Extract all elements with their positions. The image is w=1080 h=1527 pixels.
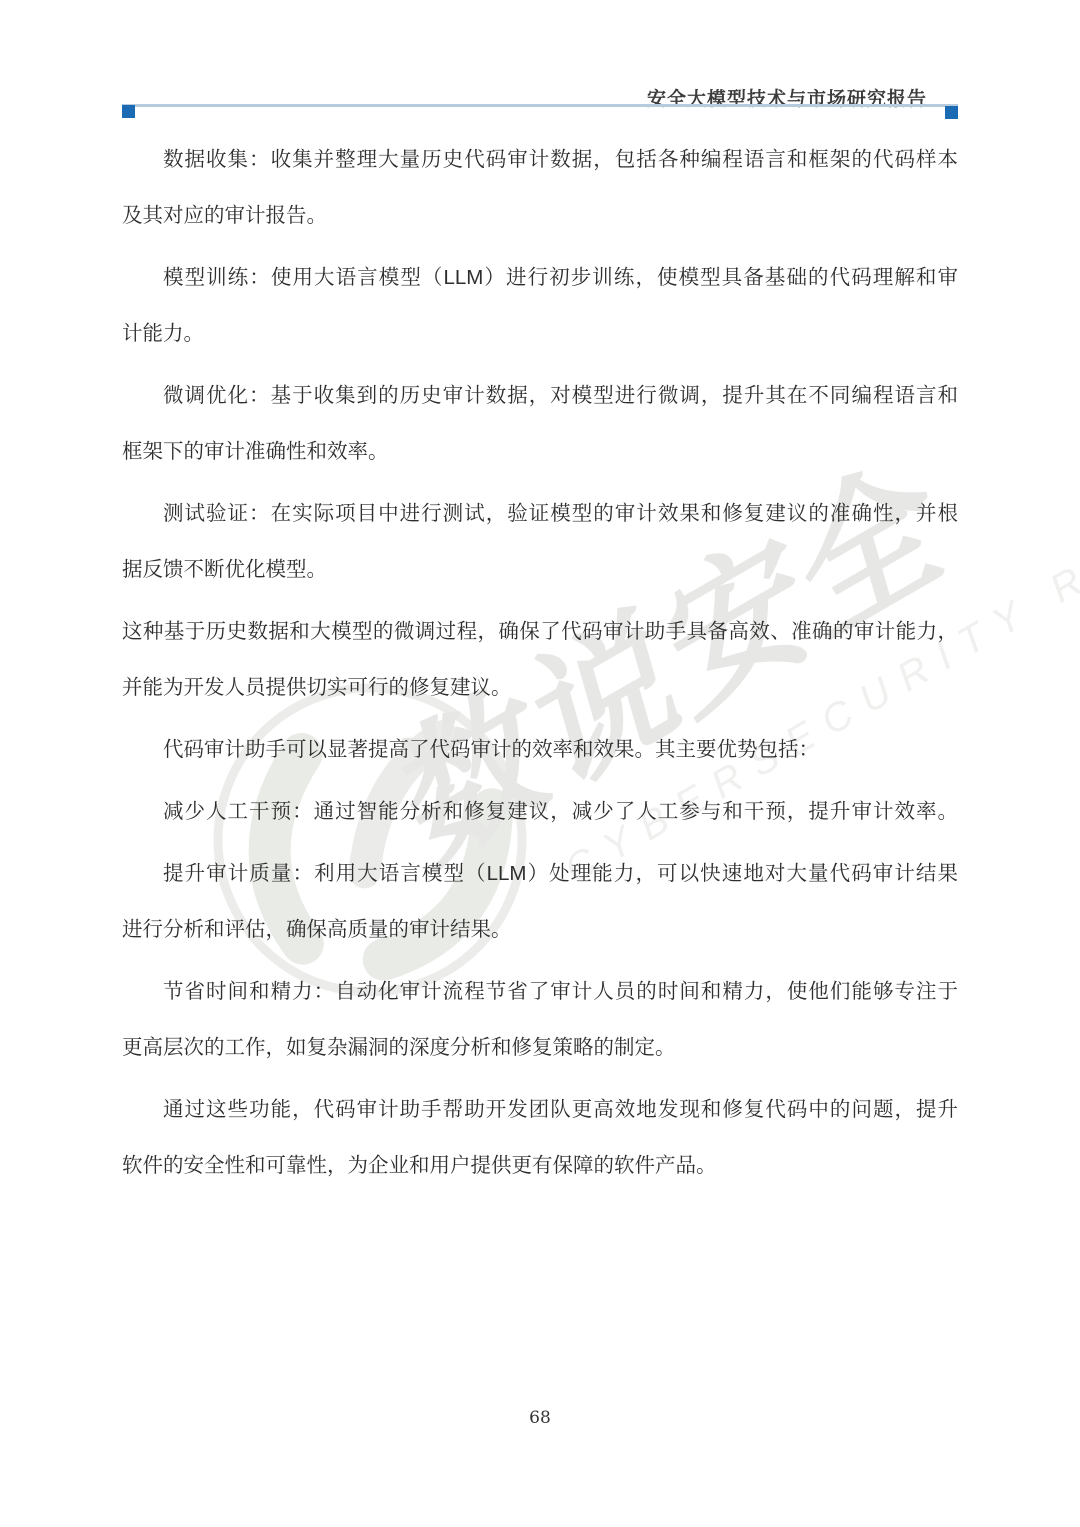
paragraph: 微调优化：基于收集到的历史审计数据，对模型进行微调，提升其在不同编程语言和 框架…	[122, 368, 958, 480]
text-line: 代码审计助手可以显著提高了代码审计的效率和效果。其主要优势包括：	[122, 722, 958, 778]
paragraph: 节省时间和精力：自动化审计流程节省了审计人员的时间和精力，使他们能够专注于 更高…	[122, 964, 958, 1076]
text-line: 进行分析和评估，确保高质量的审计结果。	[122, 902, 958, 958]
paragraph: 代码审计助手可以显著提高了代码审计的效率和效果。其主要优势包括：	[122, 722, 958, 778]
text-line: 据反馈不断优化模型。	[122, 542, 958, 598]
text-line: 节省时间和精力：自动化审计流程节省了审计人员的时间和精力，使他们能够专注于	[122, 964, 958, 1020]
text-line: 测试验证：在实际项目中进行测试，验证模型的审计效果和修复建议的准确性，并根	[122, 486, 958, 542]
text-line: 软件的安全性和可靠性，为企业和用户提供更有保障的软件产品。	[122, 1138, 958, 1194]
paragraph: 这种基于历史数据和大模型的微调过程，确保了代码审计助手具备高效、准确的审计能力，…	[122, 604, 958, 716]
header-rule-right-cap	[945, 106, 958, 119]
text-line: 并能为开发人员提供切实可行的修复建议。	[122, 660, 958, 716]
header-rule	[122, 104, 958, 107]
document-page: 数说安全 CYBERSECURITY REVIEWS 安全大模型技术与市场研究报…	[0, 0, 1080, 1527]
text-line: 模型训练：使用大语言模型（LLM）进行初步训练，使模型具备基础的代码理解和审	[122, 250, 958, 306]
paragraph: 测试验证：在实际项目中进行测试，验证模型的审计效果和修复建议的准确性，并根 据反…	[122, 486, 958, 598]
paragraph: 数据收集：收集并整理大量历史代码审计数据，包括各种编程语言和框架的代码样本 及其…	[122, 132, 958, 244]
page-footer: 68	[0, 1408, 1080, 1428]
text-line: 微调优化：基于收集到的历史审计数据，对模型进行微调，提升其在不同编程语言和	[122, 368, 958, 424]
paragraph: 减少人工干预：通过智能分析和修复建议，减少了人工参与和干预，提升审计效率。	[122, 784, 958, 840]
header-rule-left-cap	[122, 105, 135, 118]
text-line: 及其对应的审计报告。	[122, 188, 958, 244]
text-line: 这种基于历史数据和大模型的微调过程，确保了代码审计助手具备高效、准确的审计能力，	[122, 604, 958, 660]
page-number: 68	[529, 1408, 551, 1428]
text-line: 数据收集：收集并整理大量历史代码审计数据，包括各种编程语言和框架的代码样本	[122, 132, 958, 188]
text-line: 框架下的审计准确性和效率。	[122, 424, 958, 480]
text-line: 通过这些功能，代码审计助手帮助开发团队更高效地发现和修复代码中的问题，提升	[122, 1082, 958, 1138]
text-line: 提升审计质量：利用大语言模型（LLM）处理能力，可以快速地对大量代码审计结果	[122, 846, 958, 902]
document-body: 数据收集：收集并整理大量历史代码审计数据，包括各种编程语言和框架的代码样本 及其…	[122, 132, 958, 1200]
paragraph: 提升审计质量：利用大语言模型（LLM）处理能力，可以快速地对大量代码审计结果 进…	[122, 846, 958, 958]
paragraph: 模型训练：使用大语言模型（LLM）进行初步训练，使模型具备基础的代码理解和审 计…	[122, 250, 958, 362]
text-line: 计能力。	[122, 306, 958, 362]
text-line: 减少人工干预：通过智能分析和修复建议，减少了人工参与和干预，提升审计效率。	[122, 784, 958, 840]
text-line: 更高层次的工作，如复杂漏洞的深度分析和修复策略的制定。	[122, 1020, 958, 1076]
paragraph: 通过这些功能，代码审计助手帮助开发团队更高效地发现和修复代码中的问题，提升 软件…	[122, 1082, 958, 1194]
